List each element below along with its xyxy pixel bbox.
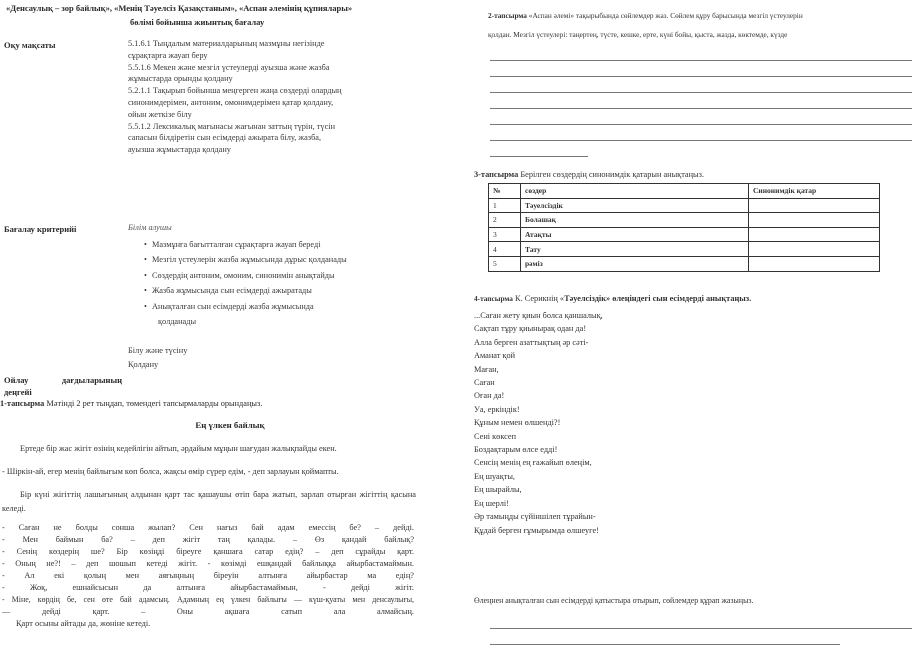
poem-line: Сенсің менің ең ғажайып өлеңім, <box>474 456 774 469</box>
table-row: 1 Тәуелсіздік <box>489 198 880 213</box>
goal-line: 5.5.1.2 Лексикалық мағынасы жағынан затт… <box>128 121 388 133</box>
row-number: 5 <box>489 256 521 271</box>
goal-line: 5.2.1.1 Тақырып бойынша меңгерген жаңа с… <box>128 85 388 97</box>
col-number-header: № <box>489 184 521 199</box>
task3-text: Берілген сөздердің синонимдік қатарын ан… <box>518 170 704 179</box>
criteria-item: Сөздердің антоним, омоним, синонимін аны… <box>144 268 384 283</box>
dialogue-line: - Сенің көздерің ше? Бір көзіңді біреуге… <box>2 546 414 558</box>
goal-line: синонимдерімен, антоним, омонимдерімен қ… <box>128 97 388 109</box>
answer-line[interactable] <box>490 156 588 157</box>
answer-line[interactable] <box>490 76 912 77</box>
dialogue-line: - Міне, көрдің бе, сен өте бай адамсың. … <box>2 594 414 606</box>
goal-line: 5.1.6.1 Тыңдалым материалдарының мазмұны… <box>128 38 388 50</box>
task4-label: 4-тапсырма <box>474 294 513 303</box>
row-word: Тәуелсіздік <box>521 198 749 213</box>
criteria-item: Анықталған сын есімдерді жазба жұмысында <box>144 299 384 314</box>
poem-line: ...Саған жету қиын болса қаншалық, <box>474 309 774 322</box>
criteria-item-continued: қолданады <box>144 314 384 329</box>
criteria-item: Мезгіл үстеулерін жазба жұмысында дұрыс … <box>144 252 384 267</box>
task4-text-b: » өлеңіндегі сын есімдерді анықтаңыз. <box>606 294 751 303</box>
answer-line[interactable] <box>490 644 840 645</box>
poem-line: Ең шырайлы, <box>474 483 774 496</box>
task4-poem-title: Тәуелсіздік <box>564 294 606 303</box>
goals-label: Оқу мақсаты <box>4 40 55 50</box>
task2-text: «Аспан әлемі» тақырыбында сөйлемдер жаз.… <box>527 11 803 20</box>
task2-text-cont: қолдан. Мезгіл үстеулері: таңертең, түст… <box>488 25 916 44</box>
task4-text-a: К. Серикнің « <box>513 294 564 303</box>
dialogue-line: - Мен баймын ба? – деп жігіт таң қалады.… <box>2 534 414 546</box>
task2-instruction: 2-тапсырма «Аспан әлемі» тақырыбында сөй… <box>488 6 916 44</box>
row-number: 4 <box>489 242 521 257</box>
poem-line: Ең шерлі! <box>474 497 774 510</box>
answer-line[interactable] <box>490 124 912 125</box>
story-paragraph: Ертеде бір жас жігіт өзінің кедейлігін а… <box>2 442 416 456</box>
answer-line[interactable] <box>490 60 912 61</box>
dialogue-line: - Саған не болды сонша жылап? Сен нағыз … <box>2 522 414 534</box>
table-row: 4 Тату <box>489 242 880 257</box>
poem-line: Алла берген азаттықтың әр сәті- <box>474 336 774 349</box>
poem-line: Аманат қой <box>474 349 774 362</box>
poem-line: Оған да! <box>474 389 774 402</box>
table-row: 3 Атақты <box>489 227 880 242</box>
thinking-label-cont: деңгейі <box>4 387 32 397</box>
col-words-header: сөздер <box>521 184 749 199</box>
task4-instruction: 4-тапсырма К. Серикнің «Тәуелсіздік» өле… <box>474 294 751 303</box>
poem-line: Әр тамыңды сүйіншілеп тұрайын- <box>474 510 774 523</box>
right-page: 2-тапсырма «Аспан әлемі» тақырыбында сөй… <box>460 0 922 653</box>
row-number: 2 <box>489 213 521 228</box>
row-word: Атақты <box>521 227 749 242</box>
goal-line: ойын жеткізе білу <box>128 109 388 121</box>
row-synonym-cell[interactable] <box>749 198 880 213</box>
task3-label: 3-тапсырма <box>474 170 518 179</box>
task1-instruction: 1-тапсырма Мәтінді 2 рет тыңдап, төменде… <box>0 399 262 408</box>
left-page: «Денсаулық – зор байлық», «Менің Тәуелсі… <box>0 0 460 653</box>
criteria-item: Мазмұнға бағытталған сұрақтарға жауап бе… <box>144 237 384 252</box>
table-row: 2 Болашақ <box>489 213 880 228</box>
level-item: Қолдану <box>128 358 187 372</box>
criteria-item: Жазба жұмысында сын есімдерді ажыратады <box>144 283 384 298</box>
row-synonym-cell[interactable] <box>749 242 880 257</box>
poem-line: Сақтап тұру қиынырақ одан да! <box>474 322 774 335</box>
goal-line: 5.5.1.6 Мекен және мезгіл үстеулерді ауы… <box>128 62 388 74</box>
poem-line: Құным немен өлшенді?! <box>474 416 774 429</box>
col-synonyms-header: Синонимдік қатар <box>749 184 880 199</box>
dialogue-line: - Жоқ, ешнайсысын да алтынға айырбастама… <box>2 582 414 594</box>
criteria-label: Бағалау критерийі <box>4 224 76 234</box>
poem-line: Ең шуақты, <box>474 470 774 483</box>
poem-line: Уа, еркіндік! <box>474 403 774 416</box>
synonym-table: № сөздер Синонимдік қатар 1 Тәуелсіздік … <box>488 183 880 272</box>
answer-line[interactable] <box>490 108 912 109</box>
row-synonym-cell[interactable] <box>749 256 880 271</box>
story-paragraph: - Шіркін-ай, егер менің байлығым көп бол… <box>2 465 416 479</box>
task5-instruction: Өлеңнен анықталған сын есімдерді қатысты… <box>474 596 753 605</box>
goal-line: ауызша жұмыстарда қолдану <box>128 144 388 156</box>
poem-line: Саған <box>474 376 774 389</box>
dialogue-line: — дейді қарт. – Оны ақшаға сатып ала алм… <box>2 606 414 618</box>
row-number: 3 <box>489 227 521 242</box>
dialogue-line: - Оның не?! – деп шошып кетеді жігіт. - … <box>2 558 414 570</box>
row-synonym-cell[interactable] <box>749 213 880 228</box>
row-number: 1 <box>489 198 521 213</box>
poem-line: Маған, <box>474 363 774 376</box>
goal-line: сұрақтарға жауап беру <box>128 50 388 62</box>
poem-line: Сені көксеп <box>474 430 774 443</box>
poem-line: Құдай берген ғұмырымда өлшеуге! <box>474 524 774 537</box>
dialogue-line: - Ал екі қолың мен аяғыңның біреуін алты… <box>2 570 414 582</box>
thinking-levels: Білу және түсіну Қолдану <box>128 344 187 372</box>
thinking-label: Ойлау дағдыларының <box>4 374 122 387</box>
task3-instruction: 3-тапсырма Берілген сөздердің синонимдік… <box>474 170 704 179</box>
row-word: рәміз <box>521 256 749 271</box>
header-subtitle: бөлімі бойынша жиынтық бағалау <box>130 16 264 29</box>
criteria-list: Мазмұнға бағытталған сұрақтарға жауап бе… <box>144 237 384 329</box>
header-title: «Денсаулық – зор байлық», «Менің Тәуелсі… <box>6 2 446 15</box>
story-paragraph: Бір күні жігіттің лашығының алдынан қарт… <box>2 488 416 516</box>
dialogue-line: Қарт осыны айтады да, жөніне кетеді. <box>2 618 414 630</box>
goal-line: жұмыстарда орынды қолдану <box>128 73 388 85</box>
row-synonym-cell[interactable] <box>749 227 880 242</box>
row-word: Болашақ <box>521 213 749 228</box>
task2-label: 2-тапсырма <box>488 11 527 20</box>
table-row: 5 рәміз <box>489 256 880 271</box>
poem-line: Боздақтарым өлсе едді! <box>474 443 774 456</box>
goal-line: сапасын білдіретін сын есімдерді ажырата… <box>128 132 388 144</box>
answer-line[interactable] <box>490 140 912 141</box>
answer-line[interactable] <box>490 628 912 629</box>
story-title: Ең үлкен байлық <box>0 420 460 430</box>
task1-text: Мәтінді 2 рет тыңдап, төмендегі тапсырма… <box>44 399 262 408</box>
task1-label: 1-тапсырма <box>0 399 44 408</box>
table-header-row: № сөздер Синонимдік қатар <box>489 184 880 199</box>
level-item: Білу және түсіну <box>128 344 187 358</box>
criteria-subtitle: Білім алушы <box>128 223 172 232</box>
answer-line[interactable] <box>490 92 912 93</box>
poem: ...Саған жету қиын болса қаншалық, Сақта… <box>474 309 774 537</box>
learning-goals: 5.1.6.1 Тыңдалым материалдарының мазмұны… <box>128 38 388 156</box>
row-word: Тату <box>521 242 749 257</box>
